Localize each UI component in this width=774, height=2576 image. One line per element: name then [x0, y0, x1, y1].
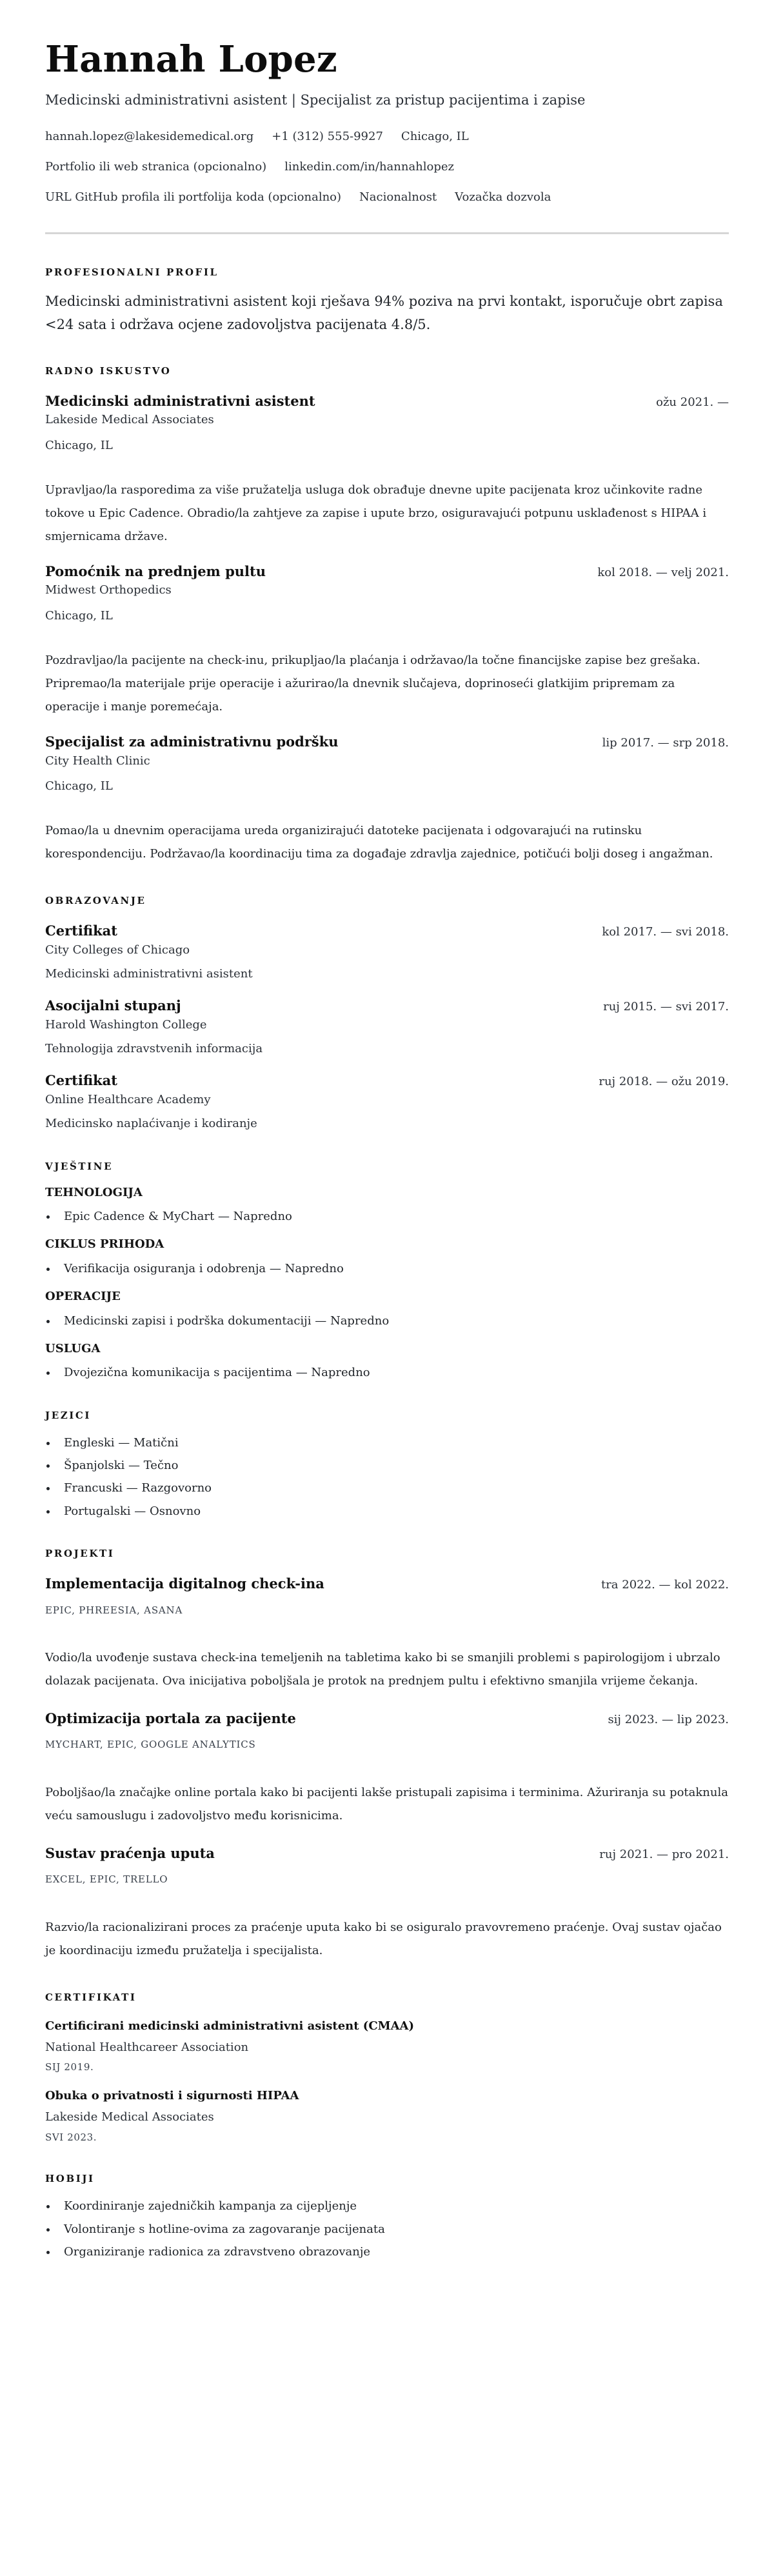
- contact-phone[interactable]: +1 (312) 555-9927: [272, 129, 383, 144]
- header-divider: [45, 232, 729, 234]
- job-description: Pozdravljao/la pacijente na check-inu, p…: [45, 649, 729, 719]
- resume-page: Hannah Lopez Medicinski administrativni …: [0, 0, 774, 2298]
- section-title: Profesionalni profil: [45, 266, 729, 278]
- job-dates: ožu 2021. —: [656, 395, 729, 409]
- skill-group: Usluga Dvojezična komunikacija s pacijen…: [45, 1341, 729, 1381]
- job-location: Chicago, IL: [45, 438, 729, 453]
- certificates-section: Certifikati Certificirani medicinski adm…: [45, 1992, 729, 2144]
- skills-section: Vještine Tehnologija Epic Cadence & MyCh…: [45, 1161, 729, 1381]
- job-title: Pomoćnik na prednjem pultu: [45, 563, 266, 580]
- certificate-issuer: National Healthcareer Association: [45, 2040, 729, 2055]
- project-dates: sij 2023. — lip 2023.: [608, 1713, 729, 1726]
- language-item: Španjolski — Tečno: [45, 1458, 729, 1473]
- job-description: Pomao/la u dnevnim operacijama ureda org…: [45, 819, 729, 866]
- section-title: Obrazovanje: [45, 895, 729, 906]
- job-entry: Medicinski administrativni asistent ožu …: [45, 392, 729, 548]
- project-title: Implementacija digitalnog check-ina: [45, 1575, 324, 1592]
- job-company: Midwest Orthopedics: [45, 583, 729, 597]
- contact-github[interactable]: URL GitHub profila ili portfolija koda (…: [45, 190, 341, 205]
- education-dates: kol 2017. — svi 2018.: [602, 925, 729, 939]
- education-degree: Certifikat: [45, 922, 117, 939]
- project-description: Poboljšao/la značajke online portala kak…: [45, 1781, 729, 1828]
- certificate-issuer: Lakeside Medical Associates: [45, 2110, 729, 2124]
- skill-item: Verifikacija osiguranja i odobrenja — Na…: [45, 1261, 729, 1276]
- project-title: Sustav praćenja uputa: [45, 1844, 215, 1862]
- candidate-headline: Medicinski administrativni asistent | Sp…: [45, 92, 729, 109]
- section-title: Hobiji: [45, 2173, 729, 2184]
- project-tech: MyChart, Epic, Google Analytics: [45, 1739, 729, 1752]
- skill-group: Operacije Medicinski zapisi i podrška do…: [45, 1289, 729, 1328]
- education-section: Obrazovanje Certifikat kol 2017. — svi 2…: [45, 895, 729, 1131]
- contact-location: Chicago, IL: [401, 129, 469, 144]
- skill-group: Ciklus prihoda Verifikacija osiguranja i…: [45, 1237, 729, 1276]
- project-dates: tra 2022. — kol 2022.: [601, 1578, 729, 1592]
- section-title: Projekti: [45, 1548, 729, 1559]
- education-school: City Colleges of Chicago: [45, 943, 729, 957]
- job-entry: Pomoćnik na prednjem pultu kol 2018. — v…: [45, 563, 729, 719]
- hobby-list: Koordiniranje zajedničkih kampanja za ci…: [45, 2199, 729, 2259]
- certificate-date: sij 2019.: [45, 2061, 729, 2074]
- job-description: Upravljao/la rasporedima za više pružate…: [45, 479, 729, 548]
- education-dates: ruj 2015. — svi 2017.: [603, 1000, 729, 1013]
- job-dates: kol 2018. — velj 2021.: [597, 566, 729, 579]
- job-dates: lip 2017. — srp 2018.: [602, 736, 729, 750]
- education-school: Harold Washington College: [45, 1017, 729, 1032]
- skill-category: Usluga: [45, 1341, 729, 1356]
- skill-category: Tehnologija: [45, 1185, 729, 1200]
- education-entry: Certifikat kol 2017. — svi 2018. City Co…: [45, 922, 729, 981]
- contact-row: Portfolio ili web stranica (opcionalno) …: [45, 159, 729, 174]
- projects-section: Projekti Implementacija digitalnog check…: [45, 1548, 729, 1962]
- job-location: Chicago, IL: [45, 779, 729, 794]
- certificate-entry: Certificirani medicinski administrativni…: [45, 2019, 729, 2074]
- skill-category: Operacije: [45, 1289, 729, 1304]
- project-description: Vodio/la uvođenje sustava check-ina teme…: [45, 1646, 729, 1693]
- skill-list: Verifikacija osiguranja i odobrenja — Na…: [45, 1261, 729, 1276]
- contact-linkedin[interactable]: linkedin.com/in/hannahlopez: [284, 159, 454, 174]
- certificate-date: svi 2023.: [45, 2132, 729, 2144]
- skill-list: Dvojezična komunikacija s pacijentima — …: [45, 1365, 729, 1380]
- profile-section: Profesionalni profil Medicinski administ…: [45, 266, 729, 336]
- skill-item: Medicinski zapisi i podrška dokumentacij…: [45, 1313, 729, 1328]
- hobby-item: Organiziranje radionica za zdravstveno o…: [45, 2244, 729, 2259]
- hobby-item: Volontiranje s hotline-ovima za zagovara…: [45, 2222, 729, 2237]
- contact-portfolio[interactable]: Portfolio ili web stranica (opcionalno): [45, 159, 266, 174]
- education-dates: ruj 2018. — ožu 2019.: [599, 1075, 729, 1088]
- project-dates: ruj 2021. — pro 2021.: [599, 1848, 729, 1861]
- language-list: Engleski — Matični Španjolski — Tečno Fr…: [45, 1435, 729, 1519]
- certificate-entry: Obuka o privatnosti i sigurnosti HIPAA L…: [45, 2088, 729, 2144]
- skill-category: Ciklus prihoda: [45, 1237, 729, 1252]
- education-degree: Certifikat: [45, 1072, 117, 1089]
- job-company: Lakeside Medical Associates: [45, 412, 729, 427]
- contact-row: hannah.lopez@lakesidemedical.org +1 (312…: [45, 129, 729, 144]
- skill-item: Dvojezična komunikacija s pacijentima — …: [45, 1365, 729, 1380]
- certificate-title: Certificirani medicinski administrativni…: [45, 2019, 729, 2033]
- education-field: Medicinski administrativni asistent: [45, 966, 729, 981]
- project-description: Razvio/la racionalizirani proces za prać…: [45, 1916, 729, 1962]
- language-item: Francuski — Razgovorno: [45, 1481, 729, 1495]
- job-company: City Health Clinic: [45, 754, 729, 768]
- candidate-name: Hannah Lopez: [45, 39, 729, 80]
- project-entry: Implementacija digitalnog check-ina tra …: [45, 1575, 729, 1693]
- section-title: Jezici: [45, 1410, 729, 1421]
- contact-drivers-license: Vozačka dozvola: [455, 190, 551, 205]
- section-title: Radno iskustvo: [45, 365, 729, 377]
- skill-item: Epic Cadence & MyChart — Napredno: [45, 1209, 729, 1224]
- job-title: Specijalist za administrativnu podršku: [45, 733, 339, 750]
- resume-header: Hannah Lopez Medicinski administrativni …: [45, 39, 729, 234]
- project-entry: Sustav praćenja uputa ruj 2021. — pro 20…: [45, 1844, 729, 1962]
- experience-section: Radno iskustvo Medicinski administrativn…: [45, 365, 729, 866]
- project-entry: Optimizacija portala za pacijente sij 20…: [45, 1710, 729, 1828]
- hobby-item: Koordiniranje zajedničkih kampanja za ci…: [45, 2199, 729, 2213]
- contact-row: URL GitHub profila ili portfolija koda (…: [45, 190, 729, 205]
- project-tech: Epic, Phreesia, Asana: [45, 1604, 729, 1617]
- education-field: Medicinsko naplaćivanje i kodiranje: [45, 1116, 729, 1131]
- contact-email[interactable]: hannah.lopez@lakesidemedical.org: [45, 129, 253, 144]
- job-entry: Specijalist za administrativnu podršku l…: [45, 733, 729, 866]
- skill-list: Epic Cadence & MyChart — Napredno: [45, 1209, 729, 1224]
- section-title: Certifikati: [45, 1992, 729, 2003]
- education-entry: Certifikat ruj 2018. — ožu 2019. Online …: [45, 1072, 729, 1131]
- certificate-title: Obuka o privatnosti i sigurnosti HIPAA: [45, 2088, 729, 2103]
- education-field: Tehnologija zdravstvenih informacija: [45, 1041, 729, 1056]
- section-title: Vještine: [45, 1161, 729, 1172]
- skill-group: Tehnologija Epic Cadence & MyChart — Nap…: [45, 1185, 729, 1224]
- languages-section: Jezici Engleski — Matični Španjolski — T…: [45, 1410, 729, 1519]
- job-title: Medicinski administrativni asistent: [45, 392, 315, 410]
- education-entry: Asocijalni stupanj ruj 2015. — svi 2017.…: [45, 997, 729, 1056]
- skill-list: Medicinski zapisi i podrška dokumentacij…: [45, 1313, 729, 1328]
- education-degree: Asocijalni stupanj: [45, 997, 181, 1014]
- profile-summary: Medicinski administrativni asistent koji…: [45, 290, 729, 336]
- project-tech: Excel, Epic, Trello: [45, 1873, 729, 1886]
- education-school: Online Healthcare Academy: [45, 1092, 729, 1107]
- project-title: Optimizacija portala za pacijente: [45, 1710, 296, 1727]
- language-item: Portugalski — Osnovno: [45, 1504, 729, 1519]
- hobbies-section: Hobiji Koordiniranje zajedničkih kampanj…: [45, 2173, 729, 2259]
- contact-nationality: Nacionalnost: [359, 190, 437, 205]
- language-item: Engleski — Matični: [45, 1435, 729, 1450]
- job-location: Chicago, IL: [45, 608, 729, 623]
